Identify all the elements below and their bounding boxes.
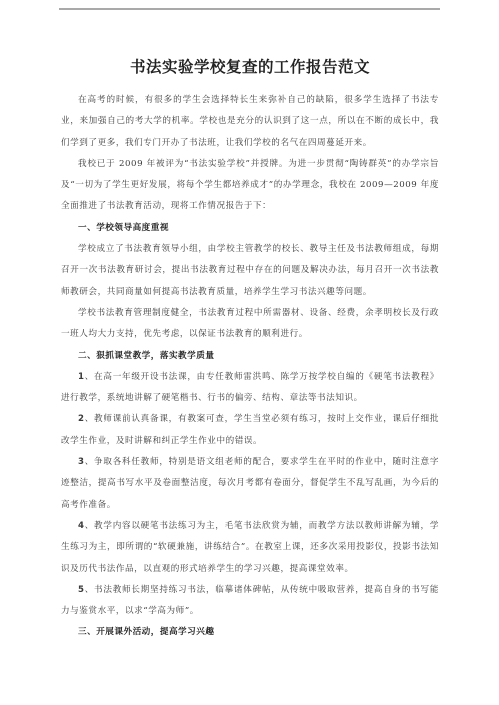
numbered-paragraph-3: 3、争取各科任教师，特别是语文组老师的配合，要求学生在平时的作业中，随时注意字迹… [61, 452, 439, 516]
body-paragraph: 学校成立了书法教育领导小组，由学校主管教学的校长、教导主任及书法教师组成，每期召… [61, 239, 439, 303]
numbered-paragraph-2: 2、教师课前认真备课，有教案可查，学生当堂必须有练习，按时上交作业，课后仔细批改… [61, 409, 439, 452]
item-text: 、争取各科任教师，特别是语文组老师的配合，要求学生在平时的作业中，随时注意字迹整… [61, 457, 439, 510]
item-text: 、在高一年级开设书法课，由专任教师雷洪鸣、陈学万按学校自编的《硬笔书法教程》进行… [61, 372, 439, 403]
item-text: 、教师课前认真备课，有教案可查，学生当堂必须有练习，按时上交作业，课后仔细批改学… [61, 414, 439, 445]
header-rule [59, 8, 440, 10]
body-paragraph: 学校书法教育管理制度健全，书法教育过程中所需器材、设备、经费，余孝明校长及行政一… [61, 303, 439, 346]
intro-paragraph: 在高考的时候，有很多的学生会选择特长生来弥补自己的缺陷，很多学生选择了书法专业，… [61, 90, 439, 154]
document-page: 书法实验学校复查的工作报告范文 在高考的时候，有很多的学生会选择特长生来弥补自己… [61, 56, 439, 644]
numbered-paragraph-4: 4、教学内容以硬笔书法练习为主，毛笔书法欣赏为辅，而教学方法以教师讲解为辅，学生… [61, 516, 439, 580]
section-heading-3: 三、开展课外活动，提高学习兴趣 [61, 622, 439, 643]
item-text: 、书法教师长期坚持练习书法，临摹诸体碑帖，从传统中吸取营养，提高自身的书写能力与… [61, 585, 439, 616]
numbered-paragraph-1: 1、在高一年级开设书法课，由专任教师雷洪鸣、陈学万按学校自编的《硬笔书法教程》进… [61, 367, 439, 410]
document-title: 书法实验学校复查的工作报告范文 [61, 56, 439, 78]
item-text: 、教学内容以硬笔书法练习为主，毛笔书法欣赏为辅，而教学方法以教师讲解为辅，学生练… [61, 521, 439, 574]
section-heading-2: 二、狠抓课堂教学，落实教学质量 [61, 346, 439, 367]
numbered-paragraph-5: 5、书法教师长期坚持练习书法，临摹诸体碑帖，从传统中吸取营养，提高自身的书写能力… [61, 580, 439, 623]
section-heading-1: 一、学校领导高度重视 [61, 218, 439, 239]
background-paragraph: 我校已于 2009 年被评为“书法实验学校”并授牌。为进一步贯彻“陶铸群英”的办… [61, 154, 439, 218]
